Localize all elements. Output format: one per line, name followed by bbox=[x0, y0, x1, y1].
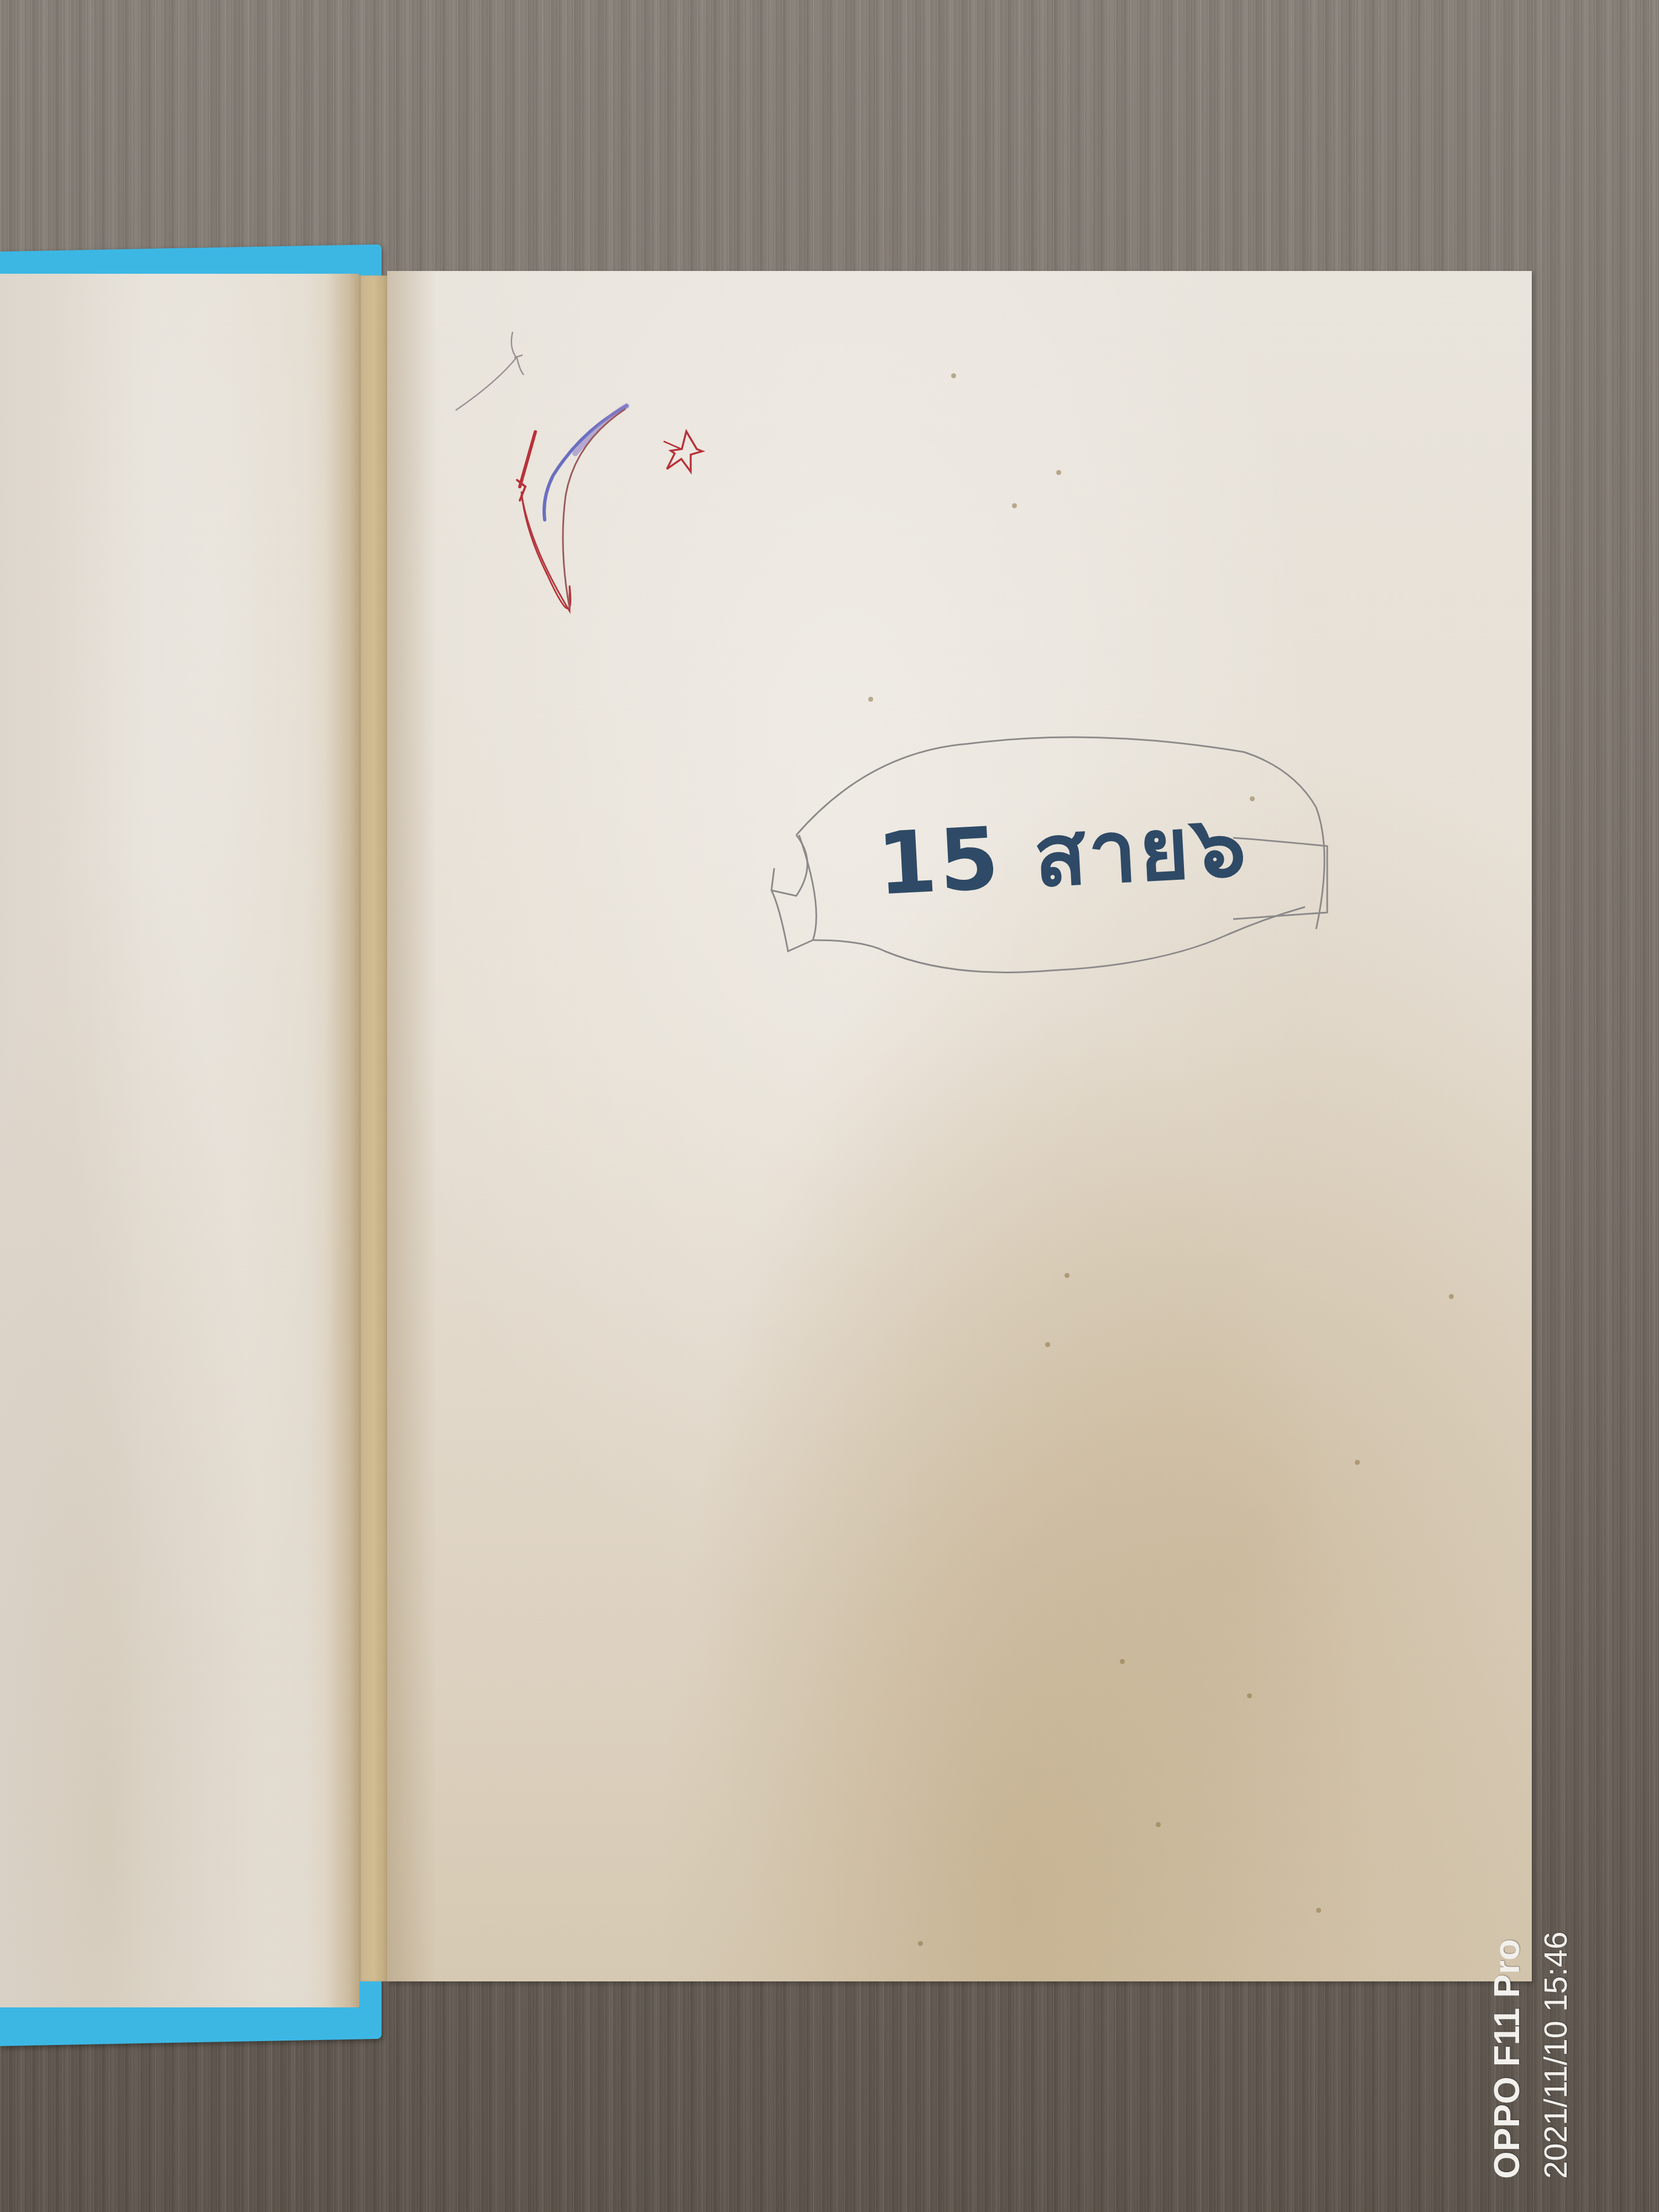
watermark-datetime: 2021/11/10 15:46 bbox=[1538, 1932, 1574, 2179]
foxing-spot bbox=[1449, 1294, 1454, 1299]
watermark-camera-model: OPPO F11 Pro bbox=[1488, 1932, 1526, 2179]
camera-watermark: OPPO F11 Pro 2021/11/10 15:46 bbox=[1488, 1932, 1574, 2179]
foxing-spot bbox=[1045, 1342, 1050, 1347]
foxing-spot bbox=[1250, 796, 1255, 801]
foxing-spot bbox=[1316, 1908, 1321, 1913]
handwritten-number: 15 bbox=[875, 808, 1004, 914]
foxing-spot bbox=[1056, 470, 1061, 475]
handwritten-label: 15สาย๖ bbox=[874, 777, 1251, 932]
foxing-spot bbox=[1355, 1460, 1360, 1465]
foxing-spot bbox=[1065, 1273, 1070, 1278]
handwritten-thai-text: สาย๖ bbox=[1031, 795, 1250, 906]
foxing-spot bbox=[868, 697, 873, 702]
right-page-hinge-shadow bbox=[387, 271, 437, 1981]
foxing-spot bbox=[1156, 1822, 1161, 1827]
foxing-spot bbox=[951, 373, 956, 378]
foxing-spot bbox=[1120, 1659, 1125, 1664]
left-page-fold-shadow bbox=[326, 274, 359, 2007]
foxing-spot bbox=[918, 1941, 923, 1946]
foxing-spot bbox=[1012, 503, 1017, 508]
book-gutter bbox=[359, 275, 388, 1981]
left-endpaper-page bbox=[0, 274, 359, 2007]
right-flyleaf-page bbox=[387, 271, 1532, 1981]
foxing-spot bbox=[1247, 1693, 1252, 1698]
